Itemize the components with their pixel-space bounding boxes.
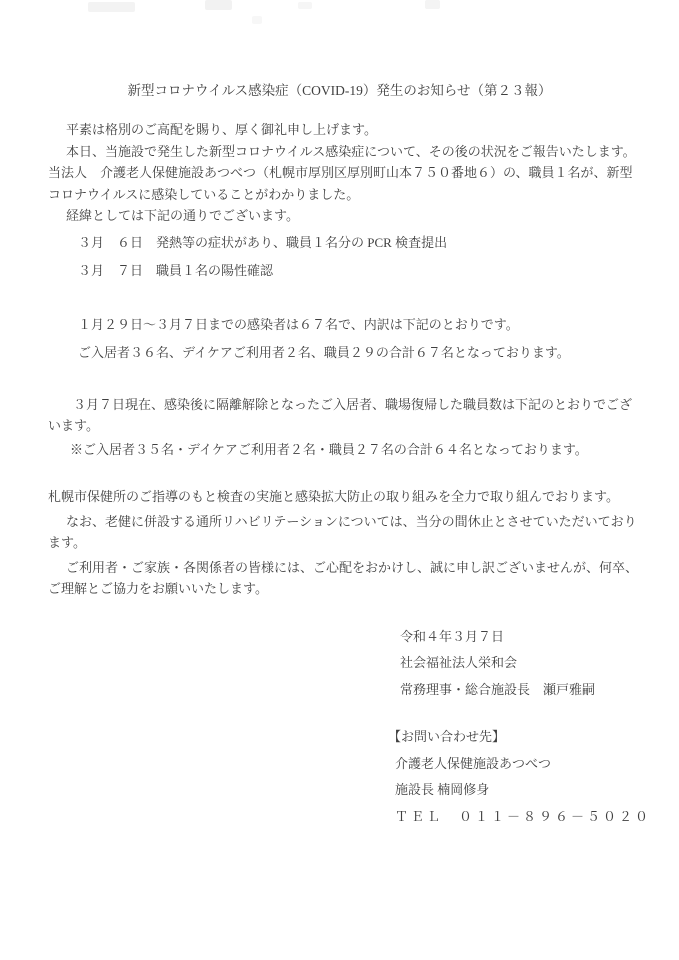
infection-total-breakdown: ご入居者３６名、デイケアご利用者２名、職員２９の合計６７名となっております。 — [48, 342, 649, 364]
contact-facility: 介護老人保健施設あつべつ — [388, 753, 649, 775]
recovered-summary-line: います。 — [48, 415, 649, 437]
contact-tel: ＴＥＬ ０１１－８９６－５０２０ — [388, 806, 649, 828]
scan-artifact — [205, 0, 232, 10]
document-page: 新型コロナウイルス感染症（COVID-19）発生のお知らせ（第２３報） 平素は格… — [0, 0, 679, 960]
greeting-line: 平素は格別のご高配を賜り、厚く御礼申し上げます。 — [48, 119, 649, 141]
scan-artifact — [252, 16, 262, 24]
timeline-date: ３月 ７日 — [78, 263, 143, 278]
signature-block: 令和４年３月７日 社会福祉法人栄和会 常務理事・総合施設長 瀬戸雅嗣 — [400, 626, 649, 701]
scan-artifact — [425, 0, 440, 9]
timeline-entry: ３月 ７日職員１名の陽性確認 — [48, 260, 649, 282]
infection-total-summary: １月２９日～３月７日までの感染者は６７名で、内訳は下記のとおりです。 — [48, 314, 649, 336]
timeline-event: 発熱等の症状があり、職員１名分の PCR 検査提出 — [156, 235, 447, 250]
timeline-event: 職員１名の陽性確認 — [156, 263, 273, 278]
timeline-entry: ３月 ６日発熱等の症状があり、職員１名分の PCR 検査提出 — [48, 232, 649, 254]
report-line: 本日、当施設で発生した新型コロナウイルス感染症について、その後の状況をご報告いた… — [48, 141, 649, 163]
signature-organization: 社会福祉法人栄和会 — [400, 652, 649, 674]
contact-director: 施設長 楠岡修身 — [388, 779, 649, 801]
timeline-date: ３月 ６日 — [78, 235, 143, 250]
document-title: 新型コロナウイルス感染症（COVID-19）発生のお知らせ（第２３報） — [0, 80, 679, 102]
document-body: 平素は格別のご高配を賜り、厚く御礼申し上げます。 本日、当施設で発生した新型コロ… — [0, 119, 679, 827]
timeline-intro-line: 経緯としては下記の通りでございます。 — [48, 205, 649, 227]
measures-line: 札幌市保健所のご指導のもと検査の実施と感染拡大防止の取り組みを全力で取り組んでお… — [48, 486, 649, 508]
contact-heading: 【お問い合わせ先】 — [388, 726, 649, 748]
signature-date: 令和４年３月７日 — [400, 626, 649, 648]
report-line: 当法人 介護老人保健施設あつべつ（札幌市厚別区厚別町山本７５０番地６）の、職員１… — [48, 162, 649, 184]
report-line: コロナウイルスに感染していることがわかりました。 — [48, 184, 649, 206]
contact-block: 【お問い合わせ先】 介護老人保健施設あつべつ 施設長 楠岡修身 ＴＥＬ ０１１－… — [388, 726, 649, 827]
scan-artifact — [88, 2, 135, 12]
apology-line: ご利用者・ご家族・各関係者の皆様には、ご心配をおかけし、誠に申し訳ございませんが… — [48, 557, 649, 579]
daycare-note-line: なお、老健に併設する通所リハビリテーションについては、当分の間休止とさせていただ… — [48, 511, 649, 533]
apology-line: ご理解とご協力をお願いいたします。 — [48, 578, 649, 600]
daycare-note-line: ます。 — [48, 532, 649, 554]
scan-artifact — [298, 2, 312, 9]
signature-signer: 常務理事・総合施設長 瀬戸雅嗣 — [400, 679, 649, 701]
recovered-breakdown: ※ご入居者３５名・デイケアご利用者２名・職員２７名の合計６４名となっております。 — [48, 439, 649, 461]
recovered-summary-line: ３月７日現在、感染後に隔離解除となったご入居者、職場復帰した職員数は下記のとおり… — [48, 394, 649, 416]
